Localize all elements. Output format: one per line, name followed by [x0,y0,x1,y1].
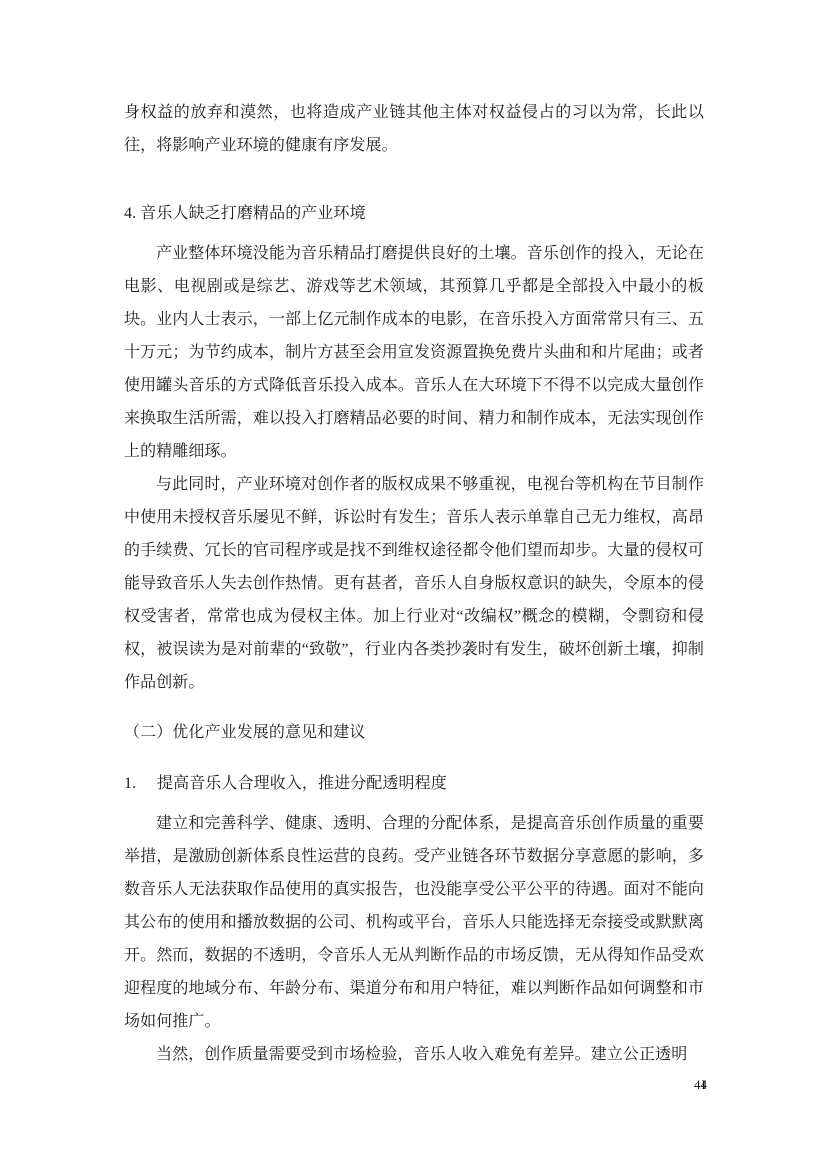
list-item-1-heading: 1. 提高音乐人合理收入，推进分配透明程度 [124,767,704,800]
heading-section4: 4. 音乐人缺乏打磨精品的产业环境 [124,197,704,230]
page-footer: 44 I [0,1077,707,1093]
page-number: 44 I [694,1077,707,1093]
continuation-paragraph: 身权益的放弃和漠然，也将造成产业链其他主体对权益侵占的习以为常，长此以往，将影响… [124,96,704,162]
page-number-text: 44 [694,1077,707,1092]
document-page: 身权益的放弃和漠然，也将造成产业链其他主体对权益侵占的习以为常，长此以往，将影响… [0,0,827,1169]
document-body: 身权益的放弃和漠然，也将造成产业链其他主体对权益侵占的习以为常，长此以往，将影响… [124,96,704,1071]
paragraph-income-distribution: 建立和完善科学、健康、透明、合理的分配体系，是提高音乐创作质量的重要举措，是激励… [124,807,704,1038]
list-item-1-title: 提高音乐人合理收入，推进分配透明程度 [157,767,447,800]
heading-part2: （二）优化产业发展的意见和建议 [124,716,704,749]
list-item-1-number: 1. [124,767,157,800]
paragraph-copyright-issues: 与此同时，产业环境对创作者的版权成果不够重视，电视台等机构在节目制作中使用未授权… [124,468,704,699]
paragraph-market-test: 当然，创作质量需要受到市场检验，音乐人收入难免有差异。建立公正透明 [124,1038,704,1071]
paragraph-industry-environment: 产业整体环境没能为音乐精品打磨提供良好的土壤。音乐创作的投入，无论在电影、电视剧… [124,237,704,468]
